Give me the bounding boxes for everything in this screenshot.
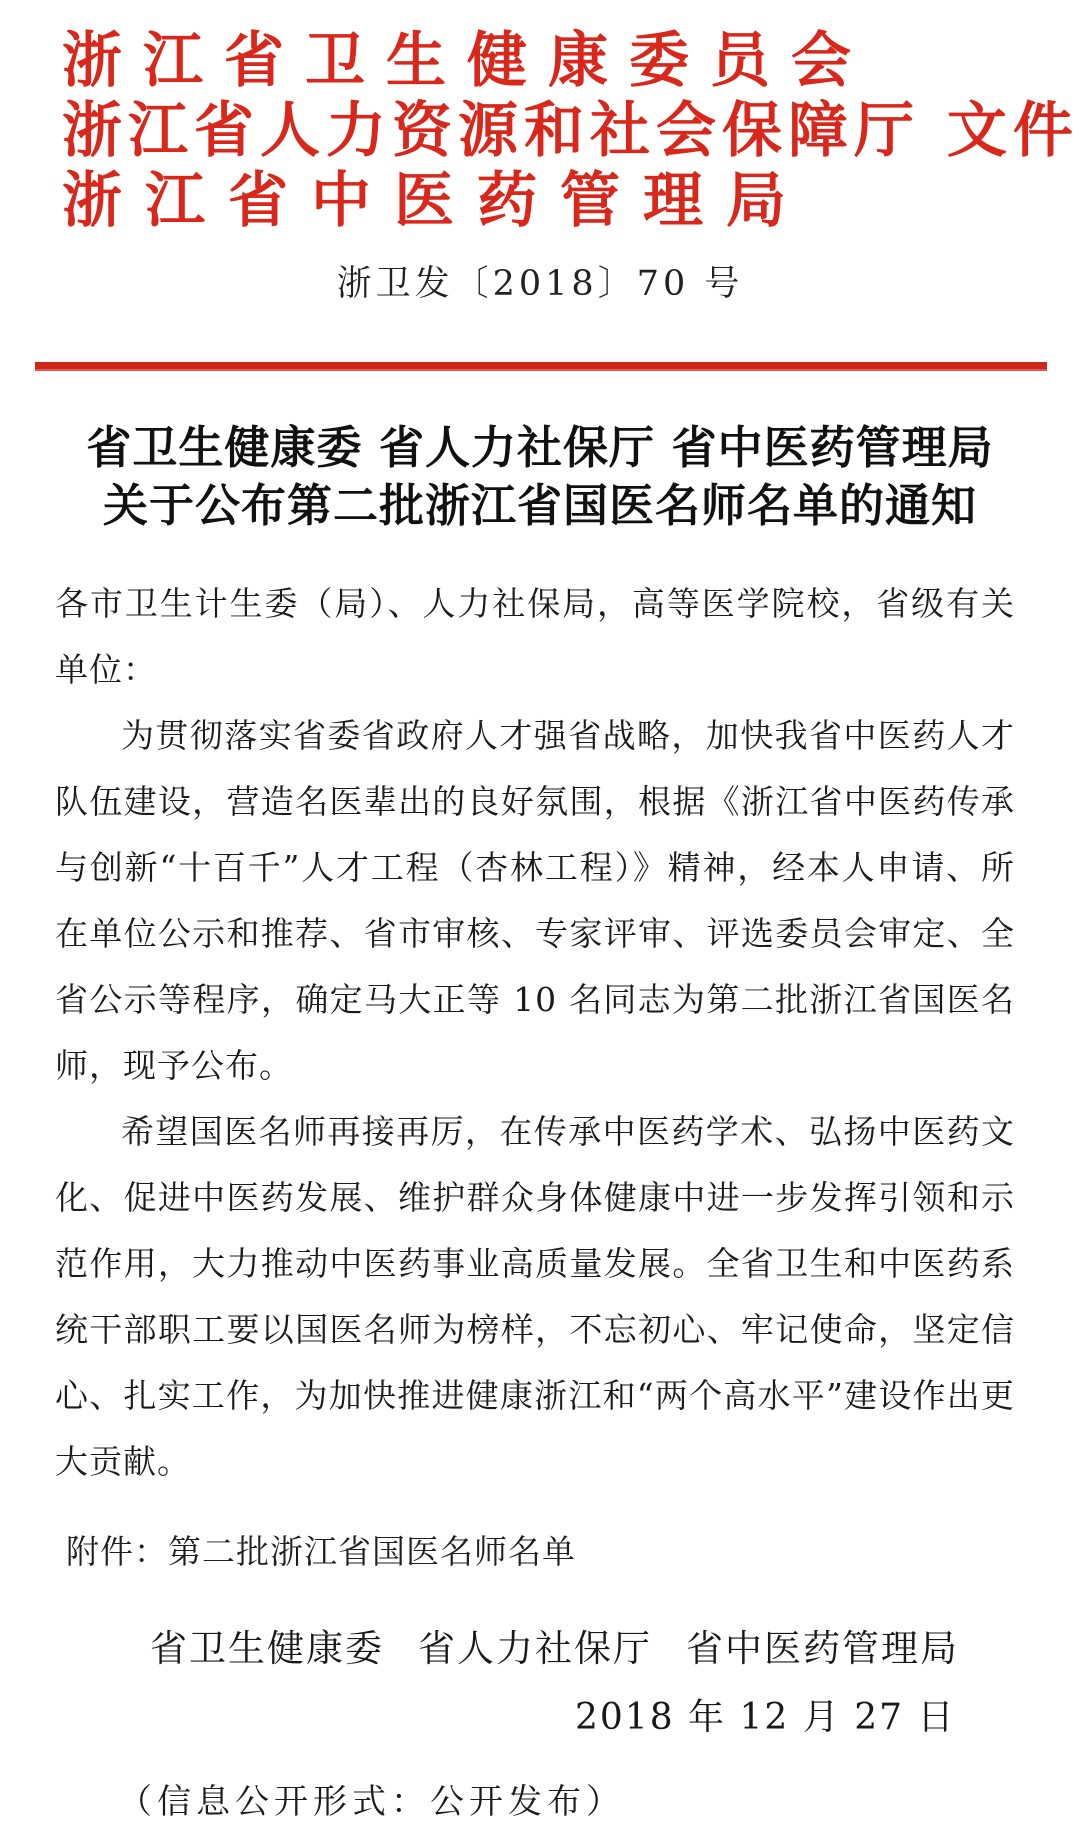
issuing-org-line-2: 浙江省人力资源和社会保障厅 文件 (62, 96, 1050, 166)
signature-org-3: 省中医药管理局 (686, 1625, 959, 1673)
body-paragraph-2: 希望国医名师再接再厉，在传承中医药学术、弘扬中医药文化、促进中医药发展、维护群众… (55, 1099, 1015, 1495)
signature-org-1: 省卫生健康委 (150, 1625, 384, 1673)
issuing-org-line-1: 浙江省卫生健康委员会 (62, 26, 1050, 96)
document-body: 各市卫生计生委（局）、人力社保局，高等医学院校，省级有关单位： 为贯彻落实省委省… (55, 571, 1015, 1495)
signature-date: 2018 年 12 月 27 日 (575, 1695, 1080, 1741)
red-divider-line (35, 362, 1047, 371)
attachment-note: 附件：第二批浙江省国医名师名单 (0, 1519, 1080, 1585)
issuing-org-line-3: 浙江省中医药管理局 (62, 166, 1050, 236)
document-title: 省卫生健康委 省人力社保厅 省中医药管理局 关于公布第二批浙江省国医名师名单的通… (0, 419, 1080, 535)
document-title-line-2: 关于公布第二批浙江省国医名师名单的通知 (0, 477, 1080, 535)
signature-block: 省卫生健康委 省人力社保厅 省中医药管理局 (150, 1625, 1080, 1673)
publish-disclosure-note: （信息公开形式：公开发布） (118, 1779, 1080, 1825)
signature-org-2: 省人力社保厅 (418, 1625, 652, 1673)
document-reference-number: 浙卫发〔2018〕70 号 (0, 262, 1080, 306)
red-letterhead: 浙江省卫生健康委员会 浙江省人力资源和社会保障厅 文件 浙江省中医药管理局 (0, 0, 1080, 236)
document-title-line-1: 省卫生健康委 省人力社保厅 省中医药管理局 (0, 419, 1080, 477)
body-paragraph-1: 为贯彻落实省委省政府人才强省战略，加快我省中医药人才队伍建设，营造名医辈出的良好… (55, 703, 1015, 1099)
salutation-line: 各市卫生计生委（局）、人力社保局，高等医学院校，省级有关单位： (55, 571, 1015, 703)
official-document-page: 浙江省卫生健康委员会 浙江省人力资源和社会保障厅 文件 浙江省中医药管理局 浙卫… (0, 0, 1080, 1840)
